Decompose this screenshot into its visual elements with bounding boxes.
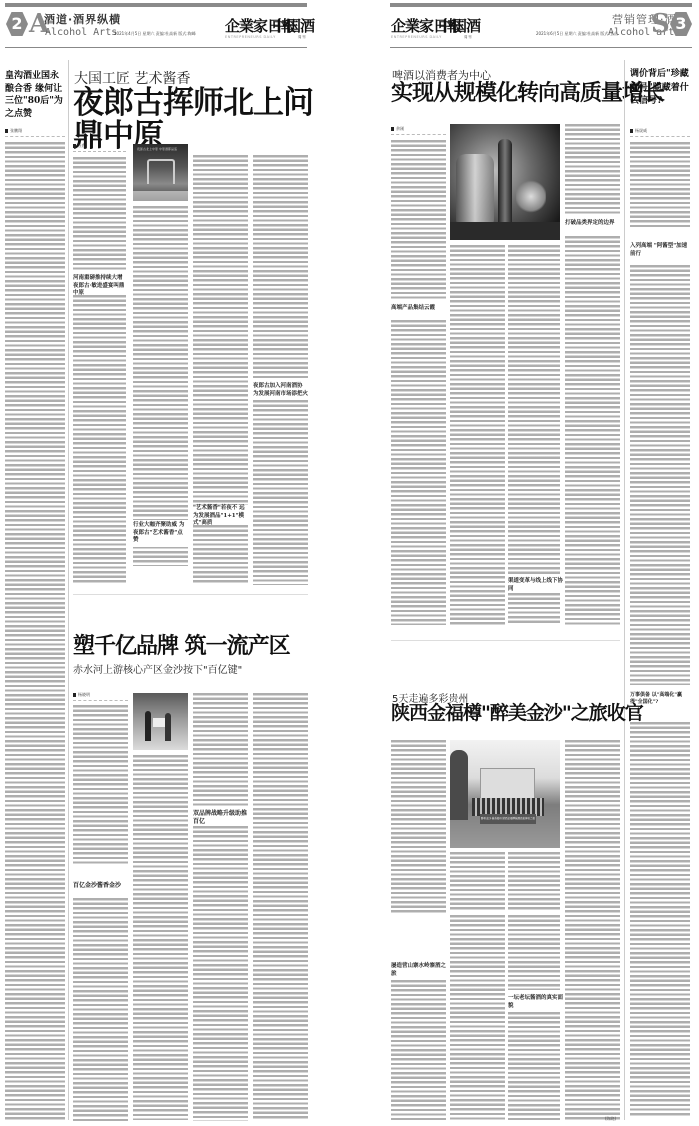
subhead: 高端产品集结云霞 xyxy=(391,305,446,313)
right-page: 企業家日報 中国酒 ENTREPRENEURS DAILY 周刊 2021年6月… xyxy=(380,0,699,1126)
subhead: 百亿金沙酱香金沙 xyxy=(73,882,128,890)
photo-table xyxy=(450,222,560,240)
lead-photo: 夜郎古北上中原 中原酒都品鉴 xyxy=(133,144,188,201)
subhead: 夜郎古加入河南酒协 为发展河南市场添把火 xyxy=(253,383,308,398)
supplement-name: 中国酒 xyxy=(438,15,480,36)
body-text xyxy=(73,295,126,585)
body-text xyxy=(565,124,620,214)
lead-byline: 杜程 xyxy=(73,143,126,152)
photo-figure xyxy=(145,711,151,741)
body-text xyxy=(391,740,446,915)
second-byline: 杨晓明 xyxy=(73,692,128,701)
section-divider xyxy=(73,594,308,595)
photo-tree xyxy=(450,750,468,820)
body-text xyxy=(450,245,505,625)
page-letter: S xyxy=(651,11,670,37)
second-kicker: 赤水河上游核心产区金沙按下"百亿键" xyxy=(73,661,242,676)
column-divider xyxy=(68,60,69,1120)
top-rule xyxy=(390,3,692,7)
photo-figure xyxy=(165,713,171,741)
subhead: 打破品类界定的边界 xyxy=(565,220,620,228)
body-text xyxy=(133,206,188,566)
body-text xyxy=(193,693,248,808)
header-rule xyxy=(390,47,692,48)
dateline: 2021年4月5日 星期六 责编:杜高新 版式:陶峰 xyxy=(114,31,196,37)
section-title: 酒道·酒界纵横 xyxy=(44,11,121,27)
sidebar-headline: 调价背后"珍藏壹号"隐藏着什么信号? xyxy=(630,68,692,109)
sidebar-headline: 皇沟酒业国永酿合香 缘何让三位"80后"为之点赞 xyxy=(5,70,65,120)
section-divider xyxy=(391,640,620,641)
body-text xyxy=(630,722,690,1117)
body-text xyxy=(391,320,446,625)
body-text xyxy=(508,593,560,625)
sidebar-byline: 张鹏翔 xyxy=(5,128,65,137)
photo-bottle xyxy=(498,139,512,224)
body-text xyxy=(630,265,690,685)
photo-archway xyxy=(147,159,175,184)
subhead: 渠道变革与线上线下协同 xyxy=(508,578,563,593)
body-text xyxy=(73,705,128,865)
body-text xyxy=(508,852,560,912)
body-text xyxy=(73,898,128,1121)
body-text xyxy=(565,740,620,1120)
body-text xyxy=(193,826,248,1121)
body-text xyxy=(193,155,248,505)
body-text xyxy=(253,400,308,585)
left-page: 2 A 酒道·酒界纵横 Alcohol Arts 2021年4月5日 星期六 责… xyxy=(0,0,318,1126)
photo-plaque xyxy=(153,718,165,727)
lead-byline: 余刚 xyxy=(391,126,446,135)
beer-photo xyxy=(450,124,560,240)
body-text xyxy=(253,155,308,380)
body-text xyxy=(391,140,446,300)
masthead-english: ENTREPRENEURS DAILY xyxy=(391,35,442,39)
photo-banner: 醉美金沙·酱香贵州 陕西金福樽酱酒品鉴体验之旅 xyxy=(480,814,536,824)
body-text xyxy=(391,980,446,1120)
body-text xyxy=(193,525,248,585)
body-text xyxy=(133,755,188,1120)
subhead: 双品牌战略升级助推百亿 xyxy=(193,810,248,827)
masthead-english: ENTREPRENEURS DAILY xyxy=(225,35,276,39)
subhead: 一坛老坛酱酒的真实面貌 xyxy=(508,995,563,1010)
author-note: (陈晓) xyxy=(605,1116,616,1122)
ceremony-photo xyxy=(133,693,188,750)
body-text xyxy=(508,245,560,575)
photo-banner: 夜郎古北上中原 中原酒都品鉴 xyxy=(137,147,177,151)
supplement-tag: 周刊 xyxy=(464,35,472,40)
dateline: 2021年6月5日 星期六 责编:杜高新 版式:王山 xyxy=(536,31,618,37)
photo-wheat xyxy=(516,179,546,214)
body-text xyxy=(630,142,690,227)
body-text xyxy=(253,693,308,1121)
section-english: Alcohol Arts xyxy=(45,27,117,38)
top-rule xyxy=(5,3,307,7)
supplement-tag: 周刊 xyxy=(298,35,306,40)
second-headline: 陕西金福樽"醉美金沙"之旅收官 xyxy=(391,704,643,724)
supplement-name: 中国酒 xyxy=(272,15,314,36)
photo-barrel xyxy=(456,154,494,224)
group-photo: 醉美金沙·酱香贵州 陕西金福樽酱酒品鉴体验之旅 xyxy=(450,740,560,848)
body-text xyxy=(450,852,505,912)
sidebar-byline: 杨晟威 xyxy=(630,128,690,137)
subhead: 入列高端 "阿酱型"加速前行 xyxy=(630,243,690,258)
second-headline: 塑千亿品牌 筑一流产区 xyxy=(73,635,290,658)
photo-floor xyxy=(133,191,188,201)
column-divider xyxy=(624,60,625,1120)
page-number-badge: 2 xyxy=(6,12,28,36)
subhead: 屡造营山寨水岭寨酒之旅 xyxy=(391,963,446,978)
body-text xyxy=(508,1012,560,1120)
body-text xyxy=(565,236,620,625)
body-text xyxy=(508,915,560,990)
body-text xyxy=(450,915,505,1120)
body-text xyxy=(73,157,126,272)
sidebar-body-text xyxy=(5,142,65,1122)
subhead: 行业大咖齐聚助威 为夜郎古"艺术酱香"点赞 xyxy=(133,520,188,547)
header-rule xyxy=(5,47,307,48)
